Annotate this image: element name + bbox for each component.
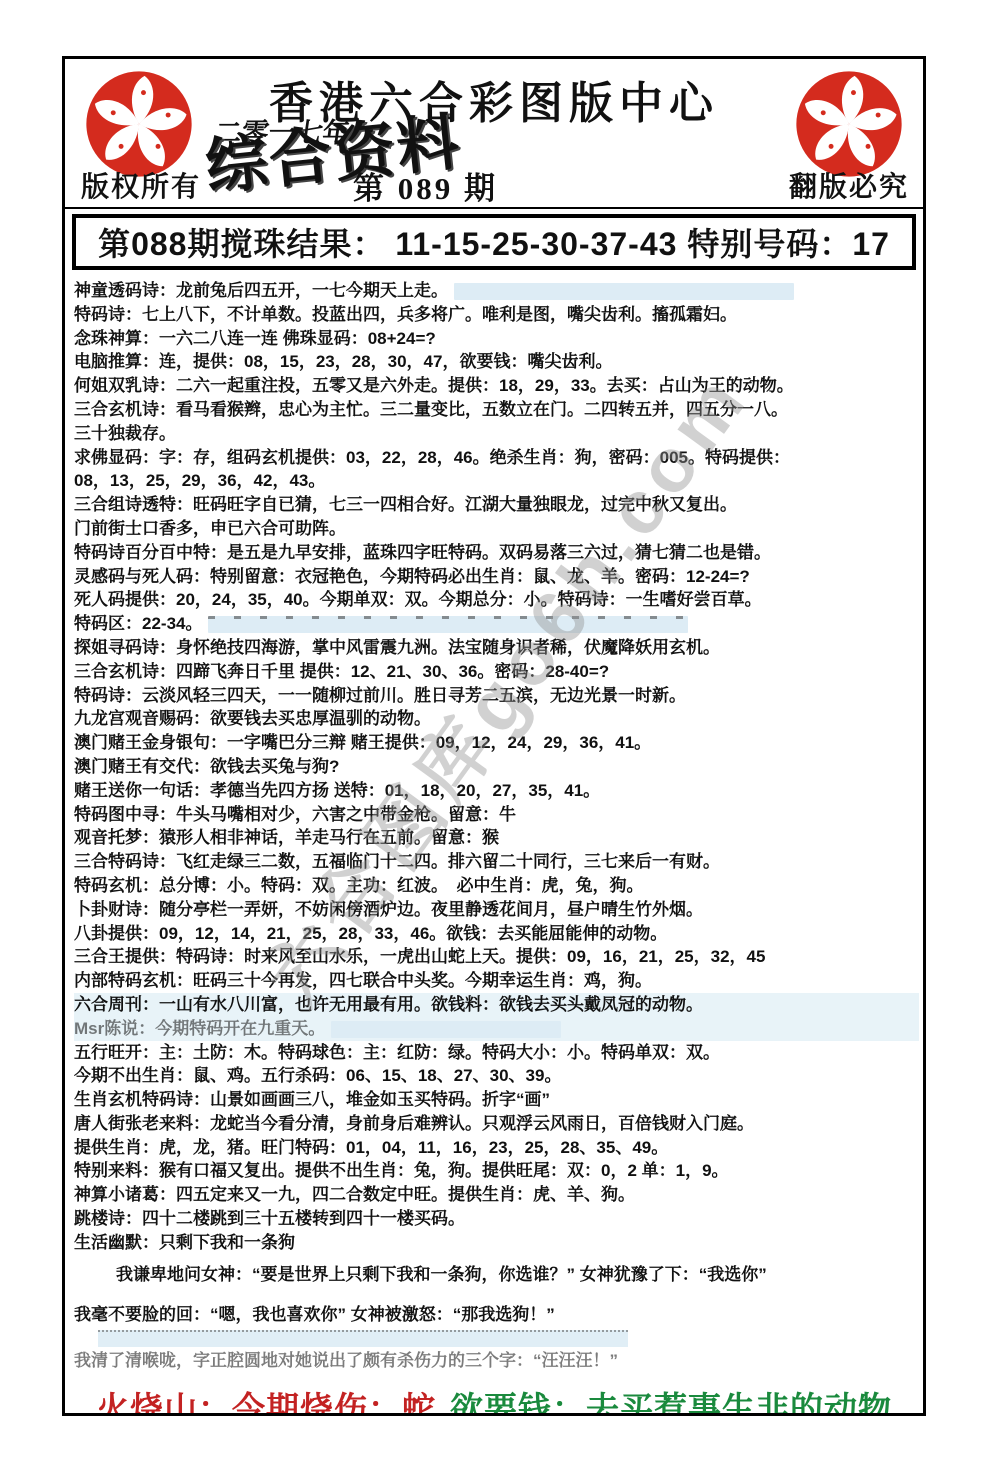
body-line: 卜卦财诗：随分亭栏一弄妍，不妨闲傍酒炉边。夜里静透花间月，昼户晴生竹外烟。 bbox=[74, 898, 919, 922]
body-line: 求佛显码：字：存，组码玄机提供：03，22，28，46。绝杀生肖：狗，密码：00… bbox=[74, 446, 919, 470]
body-line: 特码诗：七上八下，不计单数。投蓝出四，兵多将广。唯利是图，嘴尖齿利。搐孤霜妇。 bbox=[74, 303, 919, 327]
body-line: 唐人街张老来料：龙蛇当今看分清，身前身后难辨认。只观浮云风雨日，百倍钱财入门庭。 bbox=[74, 1112, 919, 1136]
footer-green-text: 欲要钱：去买惹事生非的动物 bbox=[450, 1392, 892, 1416]
issue-number: 第 089 期 bbox=[353, 163, 498, 208]
body-line: 澳门赌王有交代：欲钱去买兔与狗? bbox=[74, 755, 919, 779]
body-line: 特码诗：云淡风轻三四天，一一随柳过前川。胜日寻芳二五滨，无边光景一时新。 bbox=[74, 684, 919, 708]
body-line: 赌王送你一句话：孝德当先四方扬 送特：01，18，20，27，35，41。 bbox=[74, 779, 919, 803]
body-line: 电脑推算：连，提供：08，15，23，28，30，47，欲要钱：嘴尖齿利。 bbox=[74, 350, 919, 374]
body-line: 八卦提供：09，12，14，21，25，28，33，46。欲钱：去买能屈能伸的动… bbox=[74, 922, 919, 946]
story-line: 我毫不要脸的回：“嗯，我也喜欢你” 女神被激怒：“那我选狗！” bbox=[74, 1303, 919, 1327]
body-line: 内部特码玄机：旺码三十今再发，四七联合中头奖。今期幸运生肖：鸡，狗。 bbox=[74, 969, 919, 993]
copyright-notice: 版权所有 bbox=[81, 165, 201, 205]
tips-body: 神童透码诗：龙前兔后四五开，一七今期天上走。 特码诗：七上八下，不计单数。投蓝出… bbox=[65, 275, 923, 1255]
body-line: 神算小诸葛：四五定来又一九，四二合数定中旺。提供生肖：虎、羊、狗。 bbox=[74, 1183, 919, 1207]
body-line: 探姐寻码诗：身怀绝技四海游，掌中风雷震九洲。法宝随身识者稀，伏魔降妖用玄机。 bbox=[74, 636, 919, 660]
humour-story: 我谦卑地问女神：“要是世界上只剩下我和一条狗，你选谁？” 女神犹豫了下：“我选你… bbox=[65, 1263, 923, 1373]
body-line: 六合周刊：一山有水八川富，也许无用最有用。欲钱料：欲钱去买头戴凤冠的动物。 bbox=[74, 993, 919, 1017]
previous-draw-result-text: 第088期搅珠结果： 11-15-25-30-37-43 特别号码：17 bbox=[98, 219, 890, 265]
body-line: 生活幽默：只剩下我和一条狗 bbox=[74, 1231, 919, 1255]
body-line: 澳门赌王金身银句：一字嘴巴分三辩 赌王提供：09，12，24，29，36，41。 bbox=[74, 731, 919, 755]
body-line: 特码区：22-34。 bbox=[74, 612, 919, 636]
body-line: 08，13，25，29，36，42，43。 bbox=[74, 469, 919, 493]
body-line: 特码诗百分百中特：是五是九早安排，蓝珠四字旺特码。双码易落三六过，猜七猜二也是错… bbox=[74, 541, 919, 565]
redaction-box bbox=[454, 283, 794, 300]
body-line: 念珠神算：一六二八连一连 佛珠显码：08+24=? bbox=[74, 327, 919, 351]
footer-highlight: 火烧山：今期烧伤：蛇欲要钱：去买惹事生非的动物 bbox=[65, 1383, 923, 1416]
body-line: 五行旺开：主：土防：木。特码球色：主：红防：绿。特码大小：小。特码单双：双。 bbox=[74, 1041, 919, 1065]
body-line: 特码图中寻：牛头马嘴相对少，六害之中带金枪。留意：牛 bbox=[74, 803, 919, 827]
body-line: 死人码提供：20，24，35，40。今期单双：双。今期总分：小。特码诗：一生嗜好… bbox=[74, 588, 919, 612]
lottery-sheet: 香港六合彩图版中心 二零一七年 综合资料 第 089 期 版权所有 翻版必究 第… bbox=[62, 56, 926, 1416]
redaction-bar bbox=[98, 1330, 628, 1347]
body-line: 今期不出生肖：鼠、鸡。五行杀码：06、15、18、27、30、39。 bbox=[74, 1064, 919, 1088]
body-line: 特别来料：猴有口福又复出。提供不出生肖：兔，狗。提供旺尾：双：0，2 单：1，9… bbox=[74, 1159, 919, 1183]
body-line: 三合玄机诗：看马看猴辫，忠心为主忙。三二量变比，五数立在门。二四转五并，四五分一… bbox=[74, 398, 919, 422]
body-line: 生肖玄机特码诗：山景如画画三八，堆金如玉买特码。折字“画” bbox=[74, 1088, 919, 1112]
body-line: 提供生肖：虎，龙，猪。旺门特码：01，04，11，16，23，25，28、35、… bbox=[74, 1136, 919, 1160]
sheet-header: 香港六合彩图版中心 二零一七年 综合资料 第 089 期 版权所有 翻版必究 bbox=[65, 59, 923, 209]
body-line: 三合王提供：特码诗：时来风至山水乐，一虎出山蛇上天。提供：09，16，21，25… bbox=[74, 945, 919, 969]
body-line: 门前街士口香多，申已六合可助阵。 bbox=[74, 517, 919, 541]
body-line: Msr陈说：今期特码开在九重天。 bbox=[74, 1017, 919, 1041]
body-line: 灵感码与死人码：特别留意：衣冠艳色，今期特码必出生肖：鼠、龙、羊。密码：12-2… bbox=[74, 565, 919, 589]
redaction-box bbox=[208, 616, 688, 633]
body-line: 何姐双乳诗：二六一起重注投，五零又是六外走。提供：18，29，33。去买：占山为… bbox=[74, 374, 919, 398]
previous-draw-result-box: 第088期搅珠结果： 11-15-25-30-37-43 特别号码：17 bbox=[72, 214, 916, 270]
body-line: 观音托梦：猿形人相非神话，羊走马行在五前。留意：猴 bbox=[74, 826, 919, 850]
body-line: 神童透码诗：龙前兔后四五开，一七今期天上走。 bbox=[74, 279, 919, 303]
story-line: 我谦卑地问女神：“要是世界上只剩下我和一条狗，你选谁？” 女神犹豫了下：“我选你… bbox=[74, 1263, 919, 1287]
footer-red-text: 火烧山：今期烧伤：蛇 bbox=[96, 1392, 436, 1416]
story-line: 我清了清喉咙，字正腔圆地对她说出了颇有杀伤力的三个字：“汪汪汪！” bbox=[74, 1349, 919, 1373]
body-line: 三合特码诗：飞红走绿三二数，五福临门十二四。排六留二十同行，三七来后一有财。 bbox=[74, 850, 919, 874]
page: { "header": { "top_title": "香港六合彩图版中心", … bbox=[0, 0, 984, 1457]
body-line: 三合玄机诗：四蹄飞奔日千里 提供：12、21、30、36。密码：28-40=? bbox=[74, 660, 919, 684]
redaction-box bbox=[331, 1021, 561, 1038]
body-line: 三十独裁存。 bbox=[74, 422, 919, 446]
antipiracy-notice: 翻版必究 bbox=[789, 165, 909, 205]
body-line: 特码玄机：总分博：小。特码：双。主功：红波。 必中生肖：虎，兔，狗。 bbox=[74, 874, 919, 898]
body-line: 三合组诗透特：旺码旺字自已猜，七三一四相合好。江湖大量独眼龙，过完中秋又复出。 bbox=[74, 493, 919, 517]
body-line: 跳楼诗：四十二楼跳到三十五楼转到四十一楼买码。 bbox=[74, 1207, 919, 1231]
body-line: 九龙宫观音赐码：欲要钱去买忠厚温驯的动物。 bbox=[74, 707, 919, 731]
